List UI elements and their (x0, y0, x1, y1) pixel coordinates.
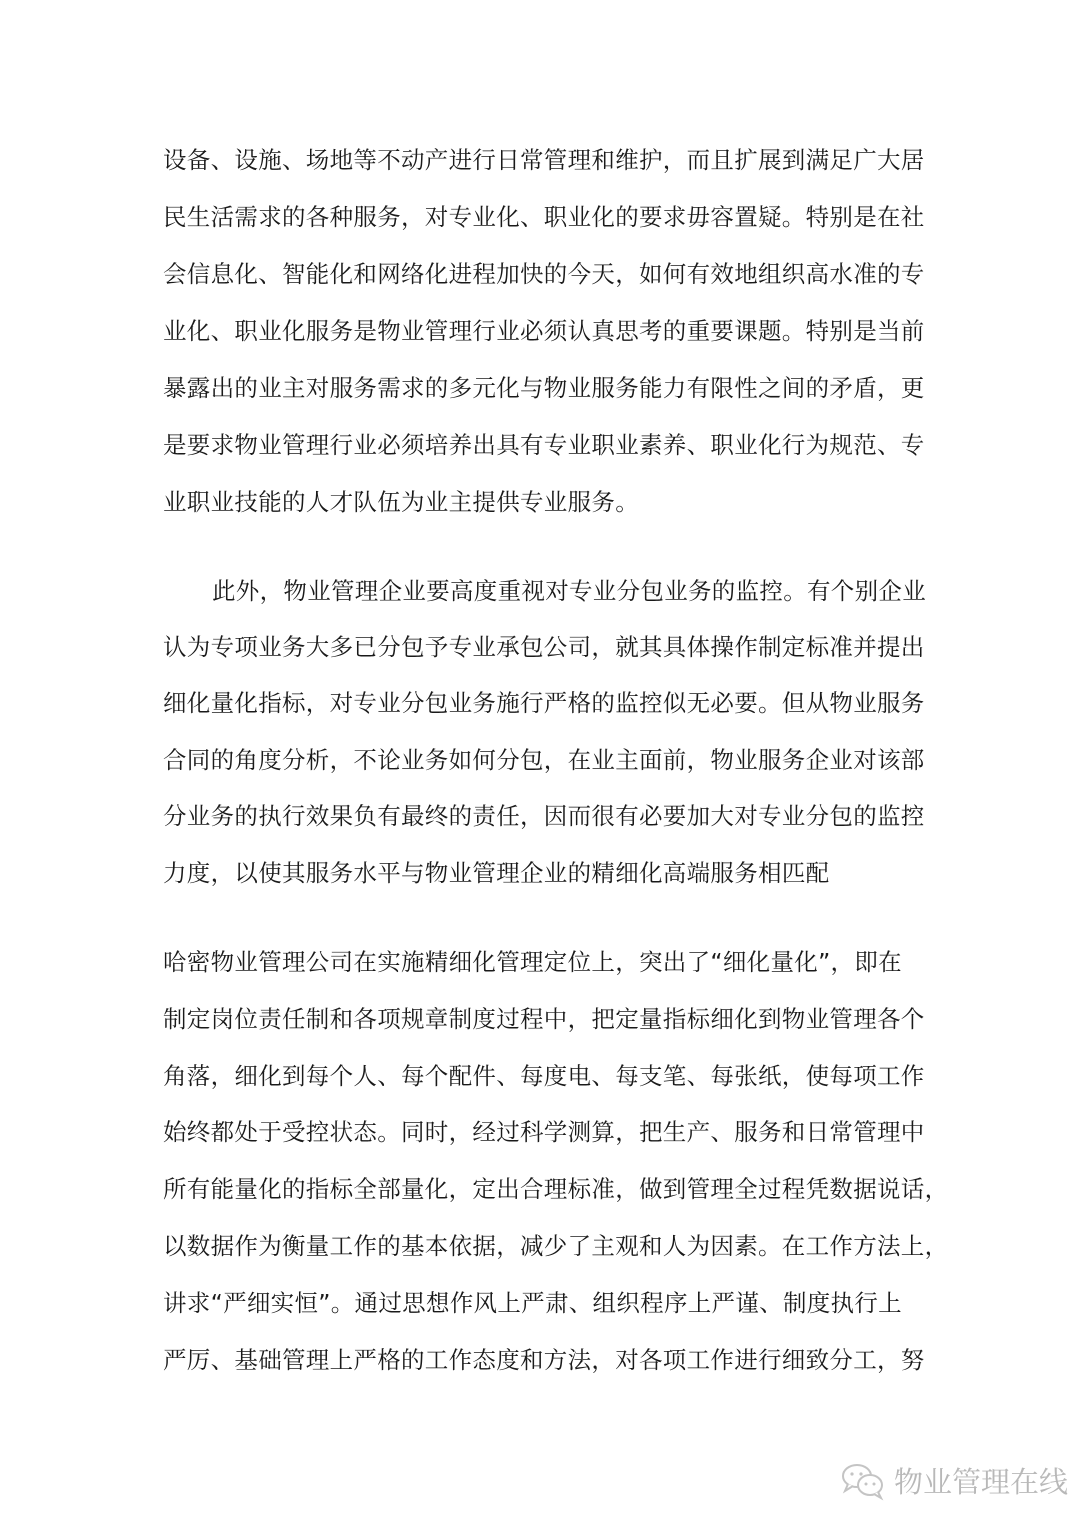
text-line: 力度，以使其服务水平与物业管理企业的精细化高端服务相匹配 (163, 858, 829, 888)
text-line: 分业务的执行效果负有最终的责任，因而很有必要加大对专业分包的监控 (163, 801, 925, 831)
text-line: 是要求物业管理行业必须培养出具有专业职业素养、职业化行为规范、专 (163, 430, 925, 460)
text-line: 民生活需求的各种服务，对专业化、职业化的要求毋容置疑。特别是在社 (163, 202, 925, 232)
text-line: 会信息化、智能化和网络化进程加快的今天，如何有效地组织高水准的专 (163, 259, 925, 289)
text-line: 制定岗位责任制和各项规章制度过程中，把定量指标细化到物业管理各个 (163, 1004, 925, 1034)
text-line: 此外，物业管理企业要高度重视对专业分包业务的监控。有个别企业 (212, 576, 926, 606)
text-line: 以数据作为衡量工作的基本依据，减少了主观和人为因素。在工作方法上， (163, 1231, 948, 1261)
text-line: 认为专项业务大多已分包予专业承包公司，就其具体操作制定标准并提出 (163, 632, 925, 662)
wechat-icon (840, 1461, 888, 1501)
watermark: 物业管理在线 (840, 1460, 1068, 1501)
watermark-text: 物业管理在线 (894, 1460, 1068, 1501)
text-line: 合同的角度分析，不论业务如何分包，在业主面前，物业服务企业对该部 (163, 745, 925, 775)
text-line: 所有能量化的指标全部量化，定出合理标准，做到管理全过程凭数据说话， (163, 1174, 948, 1204)
text-line: 讲求“严细实恒”。通过思想作风上严肃、组织程序上严谨、制度执行上 (163, 1288, 902, 1318)
text-line: 哈密物业管理公司在实施精细化管理定位上，突出了“细化量化”，即在 (163, 947, 902, 977)
text-line: 角落，细化到每个人、每个配件、每度电、每支笔、每张纸，使每项工作 (163, 1061, 925, 1091)
text-line: 业职业技能的人才队伍为业主提供专业服务。 (163, 487, 639, 517)
text-line: 细化量化指标，对专业分包业务施行严格的监控似无必要。但从物业服务 (163, 688, 925, 718)
text-line: 暴露出的业主对服务需求的多元化与物业服务能力有限性之间的矛盾，更 (163, 373, 925, 403)
text-line: 业化、职业化服务是物业管理行业必须认真思考的重要课题。特别是当前 (163, 316, 925, 346)
text-line: 始终都处于受控状态。同时，经过科学测算，把生产、服务和日常管理中 (163, 1117, 925, 1147)
text-line: 设备、设施、场地等不动产进行日常管理和维护，而且扩展到满足广大居 (163, 145, 925, 175)
text-line: 严厉、基础管理上严格的工作态度和方法，对各项工作进行细致分工，努 (163, 1345, 925, 1375)
